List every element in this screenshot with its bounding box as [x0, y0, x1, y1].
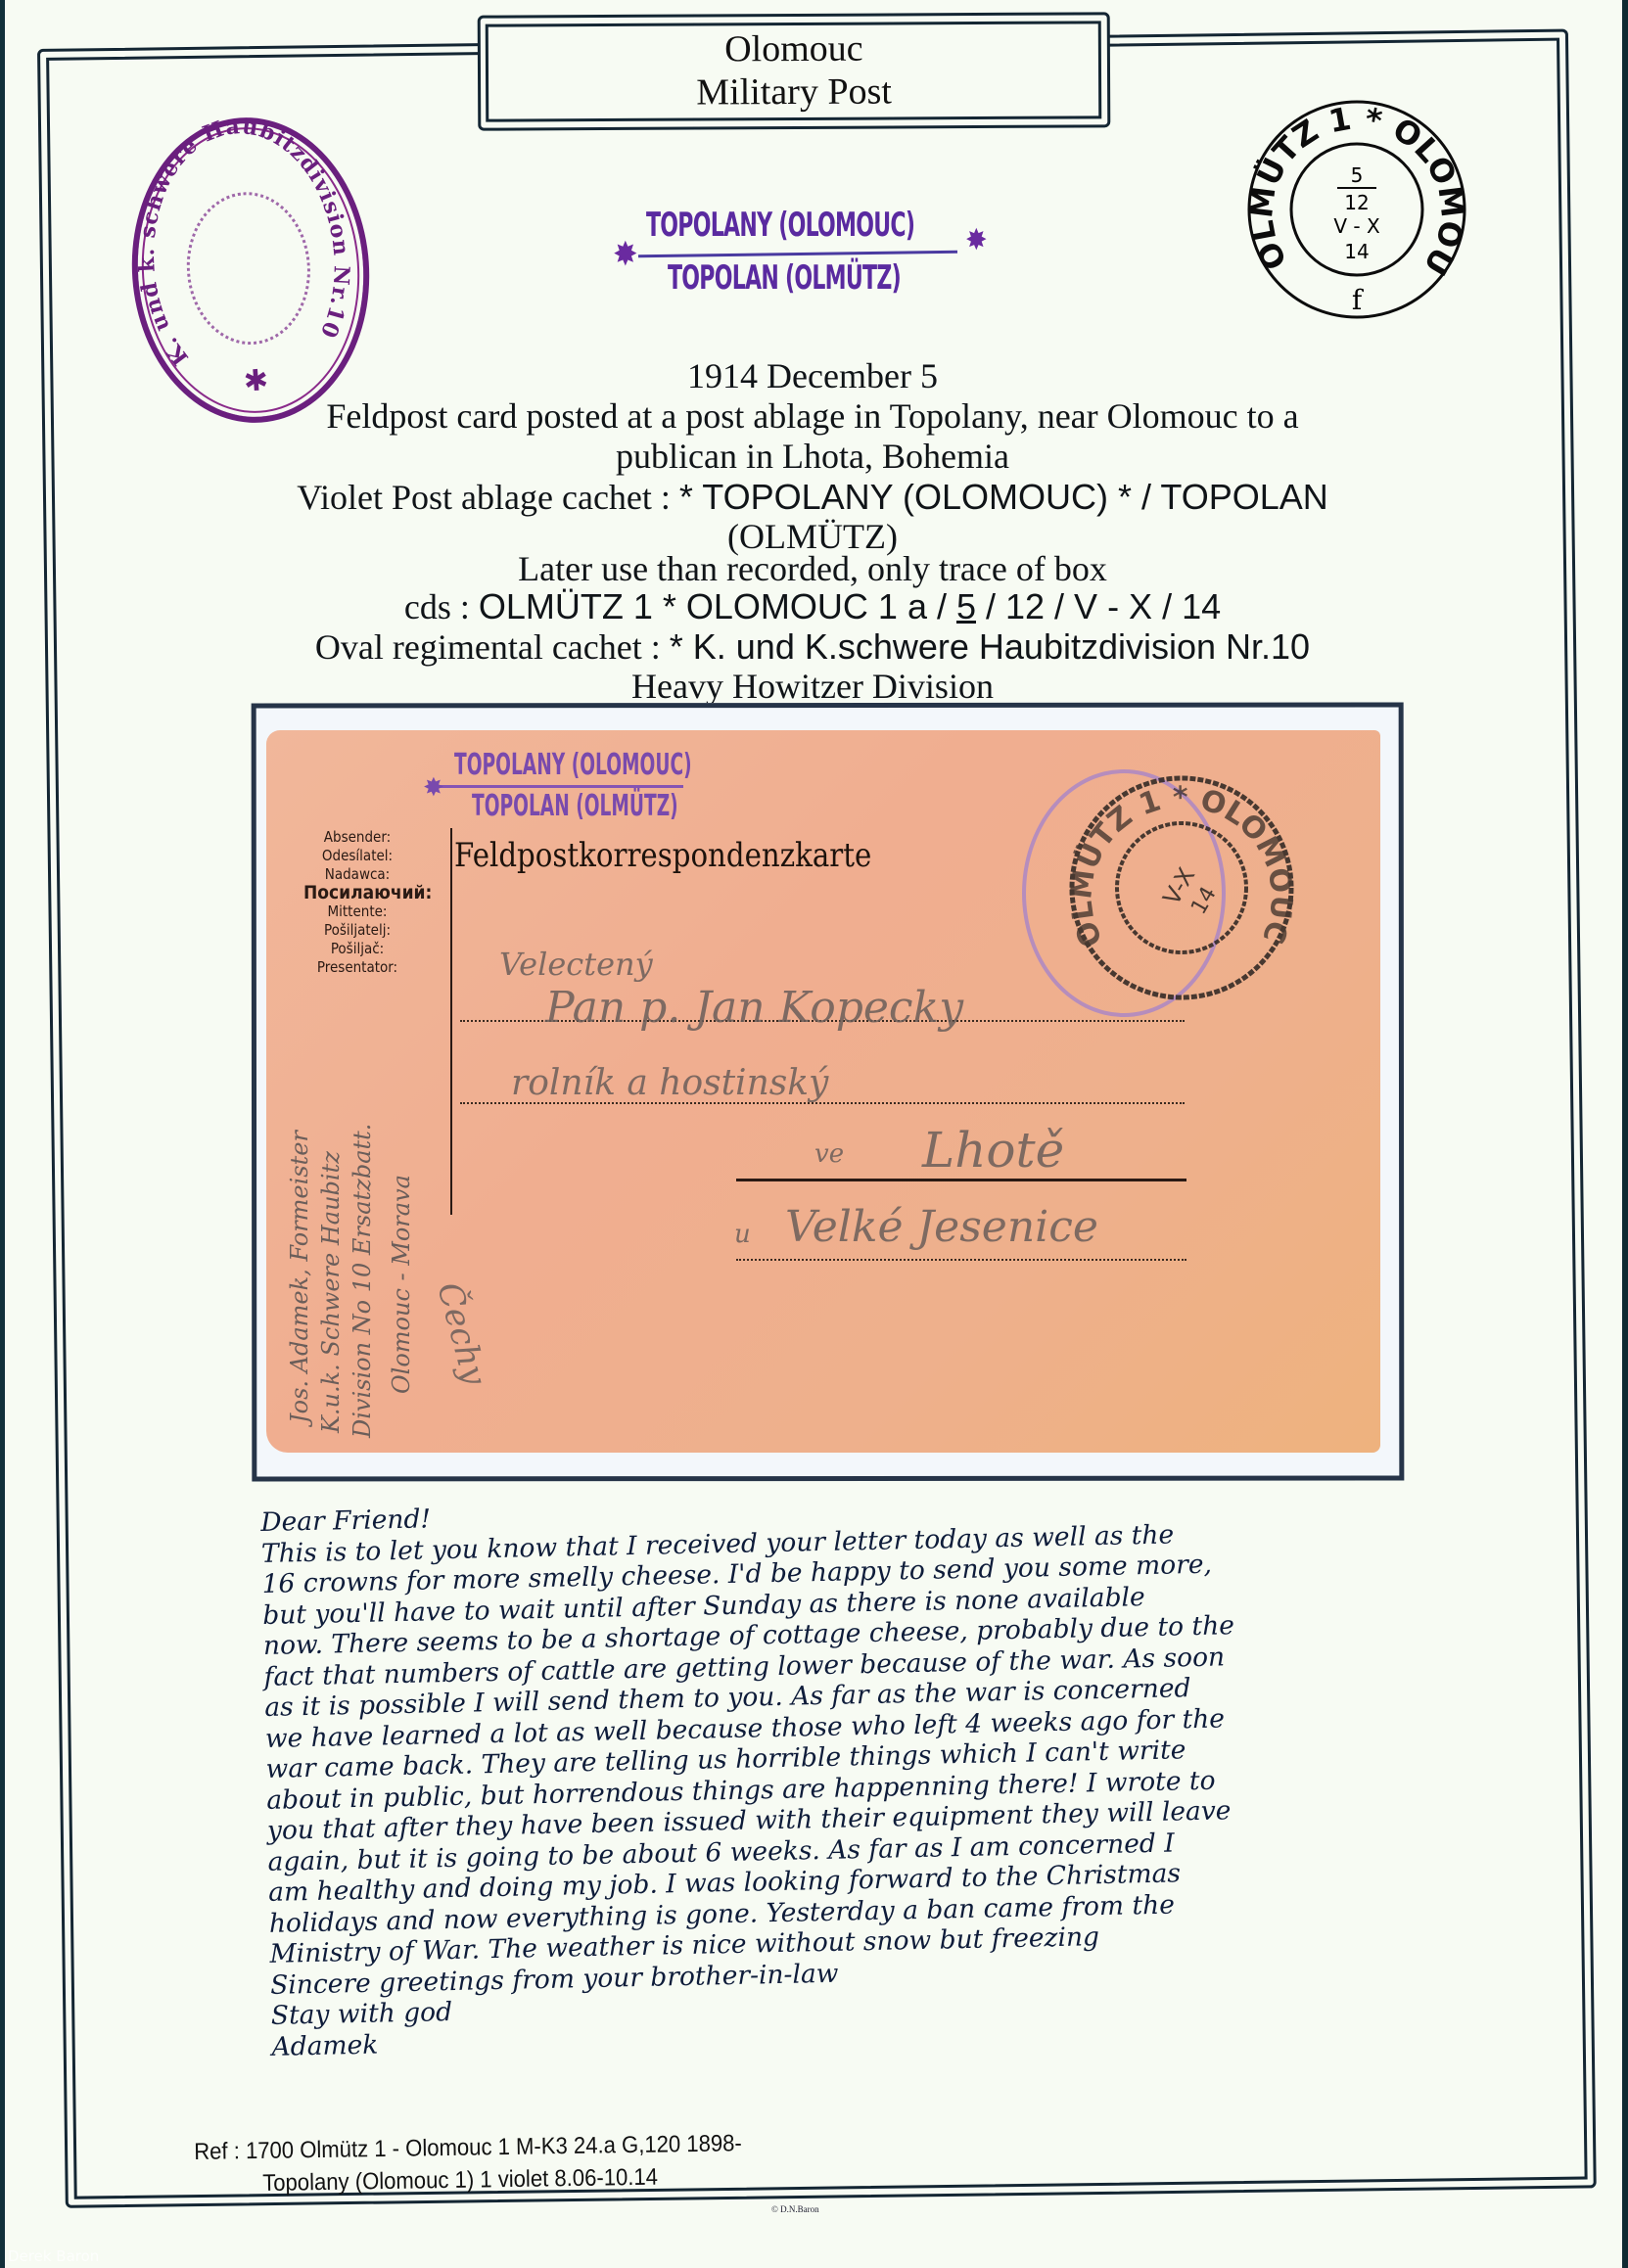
star-icon: ✸: [423, 773, 444, 803]
address-occupation: rolník a hostinský: [511, 1063, 828, 1103]
violet-cachet-description: Violet Post ablage cachet : * TOPOLANY (…: [176, 477, 1449, 518]
sender-label: Presentator:: [303, 958, 411, 977]
oval-cachet-description: Oval regimental cachet : * K. und K.schw…: [176, 626, 1449, 668]
watermark: Derek Baron: [8, 2247, 99, 2265]
address-town: Lhotě: [922, 1122, 1064, 1179]
sender-hand-line: K.u.k. Schwere Haubitz: [317, 1151, 345, 1433]
address-district: Velké Jesenice: [785, 1202, 1098, 1252]
cds-label: cds :: [404, 587, 479, 626]
cds-value-part: / 12 / V - X / 14: [976, 586, 1221, 626]
oval-cachet-translation: Heavy Howitzer Division: [176, 667, 1449, 707]
address-line: [736, 1179, 1186, 1181]
page-subtitle: Military Post: [481, 69, 1107, 114]
address-name: Pan p. Jan Kopecky: [545, 983, 963, 1033]
sender-label: Absender:: [303, 828, 411, 847]
cachet-line-2: TOPOLAN (OLMÜTZ): [668, 258, 901, 298]
oval-cachet-label: Oval regimental cachet :: [315, 627, 670, 667]
svg-text:5: 5: [1351, 163, 1364, 187]
cds-postmark-illustration: OLMÜTZ 1 * OLOMOUC 1 5 12 V - X 14 f: [1243, 96, 1470, 323]
star-icon: ✸: [613, 235, 638, 274]
sender-labels: Absender: Odesílatel: Nadawca: Посилаючи…: [303, 828, 411, 977]
star-icon: ✸: [965, 223, 988, 257]
sender-label: Pošiljač:: [303, 940, 411, 958]
postcard-cachet-rule: [433, 785, 683, 788]
sender-divider-line: [450, 828, 452, 1215]
sender-label: Mittente:: [303, 903, 411, 921]
scan-edge-right: [1622, 0, 1628, 2268]
page-header-box: Olomouc Military Post: [478, 12, 1111, 130]
cachet-line-1: TOPOLANY (OLOMOUC): [646, 206, 914, 245]
cds-value: OLMÜTZ 1 * OLOMOUC 1 a / 5 / 12 / V - X …: [479, 586, 1221, 626]
sender-label: Pošiljatelj:: [303, 921, 411, 940]
postcard-cachet-line-2: TOPOLAN (OLMÜTZ): [472, 789, 678, 823]
sender-hand-line: Olomouc - Morava: [388, 1175, 415, 1394]
oval-cachet-value: * K. und K.schwere Haubitzdivision Nr.10: [670, 626, 1310, 667]
sender-hand-line: Jos. Adamek, Formeister: [286, 1131, 313, 1423]
scan-edge-left: [0, 0, 5, 2268]
svg-text:V - X: V - X: [1333, 214, 1380, 238]
cover-date: 1914 December 5: [176, 356, 1449, 396]
postcard-title: Feldpostkorrespondenzkarte: [454, 836, 871, 875]
sender-hand-line: Division No 10 Ersatzbatt.: [349, 1124, 376, 1438]
postcard-cachet-line-1: TOPOLANY (OLOMOUC): [454, 748, 692, 782]
cds-value-part: OLMÜTZ 1 * OLOMOUC 1 a /: [479, 586, 956, 626]
svg-text:OLMÜTZ 1 * OLOMOUC 1: OLMÜTZ 1 * OLOMOUC 1: [1059, 765, 1299, 951]
description-line: Feldpost card posted at a post ablage in…: [176, 396, 1449, 437]
cds-description: cds : OLMÜTZ 1 * OLOMOUC 1 a / 5 / 12 / …: [176, 586, 1449, 627]
page-title: Olomouc: [481, 26, 1107, 70]
letter-translation: Dear Friend!This is to let you know that…: [260, 1483, 1427, 2062]
cachet-rule: [638, 251, 957, 258]
svg-text:14: 14: [1344, 240, 1369, 263]
svg-text:12: 12: [1344, 191, 1369, 214]
violet-cachet-value: * TOPOLANY (OLOMOUC) * / TOPOLAN: [679, 477, 1328, 517]
sender-label: Odesílatel:: [303, 847, 411, 865]
address-town-prefix: ve: [814, 1139, 844, 1169]
postcard-cds-postmark: OLMÜTZ 1 * OLOMOUC 1 V-X 14: [1059, 765, 1304, 1010]
copyright: © D.N.Baron: [771, 2204, 819, 2214]
address-line: [736, 1259, 1186, 1261]
svg-text:f: f: [1352, 284, 1365, 316]
violet-ablage-cachet-illustration: TOPOLANY (OLOMOUC) TOPOLAN (OLMÜTZ) ✸ ✸: [617, 204, 989, 301]
address-salutation: Velectený: [499, 946, 653, 983]
feldpost-postcard-image: TOPOLANY (OLOMOUC) TOPOLAN (OLMÜTZ) ✸ Ab…: [266, 730, 1380, 1453]
sender-label: Посилаючий:: [303, 884, 411, 903]
sender-handwritten-address: Jos. Adamek, Formeister K.u.k. Schwere H…: [286, 1024, 442, 1435]
violet-cachet-label: Violet Post ablage cachet :: [297, 478, 679, 517]
address-district-prefix: u: [734, 1220, 751, 1249]
cachet-note: Later use than recorded, only trace of b…: [176, 549, 1449, 589]
cds-day-underlined: 5: [956, 586, 976, 626]
description-line: publican in Lhota, Bohemia: [176, 437, 1449, 477]
